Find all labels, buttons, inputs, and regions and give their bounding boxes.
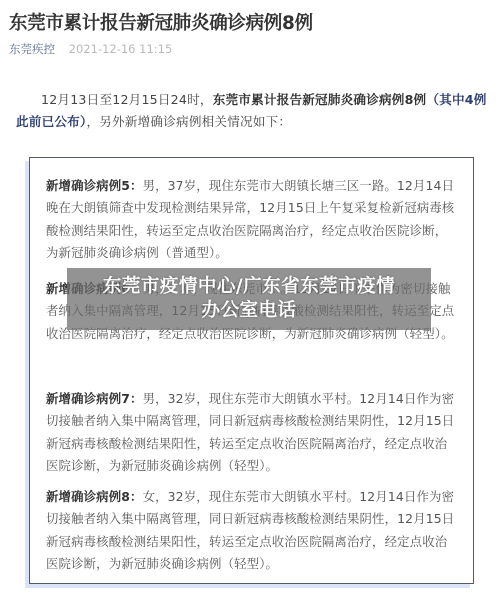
case-label: 新增确诊病例8： xyxy=(46,489,143,504)
case-item: 新增确诊病例5：男，37岁，现住东莞市大朗镇长塘三区一路。12月14日晚在大朗镇… xyxy=(46,175,456,265)
intro-paragraph: 12月13日至12月15日24时，东莞市累计报告新冠肺炎确诊病例8例（其中4例此… xyxy=(16,89,492,133)
case-label: 新增确诊病例7： xyxy=(46,391,143,406)
case-item: 新增确诊病例7：男，32岁，现住东莞市大朗镇水平村。12月14日作为密切接触者纳… xyxy=(46,388,456,478)
intro-tail: ，另外新增确诊病例相关情况如下： xyxy=(86,114,291,129)
intro-strong: 东莞市累计报告新冠肺炎确诊病例8例 xyxy=(213,92,427,107)
caption-overlay: 东莞市疫情中心/广东省东莞市疫情办公室电话 xyxy=(67,268,431,330)
intro-lead: 12月13日至12月15日24时， xyxy=(41,92,213,107)
author-link[interactable]: 东莞疾控 xyxy=(9,42,55,56)
article-page: 东莞市累计报告新冠肺炎确诊病例8例 东莞疾控 2021-12-16 11:15 … xyxy=(0,0,500,599)
caption-text: 东莞市疫情中心/广东省东莞市疫情办公室电话 xyxy=(103,275,395,323)
article-title: 东莞市累计报告新冠肺炎确诊病例8例 xyxy=(9,12,313,36)
caption-line-2: 办公室电话 xyxy=(201,300,296,321)
publish-date: 2021-12-16 11:15 xyxy=(69,42,173,56)
case-item: 新增确诊病例8：女，32岁，现住东莞市大朗镇水平村。12月14日作为密切接触者纳… xyxy=(46,486,456,576)
case-details-box: 新增确诊病例5：男，37岁，现住东莞市大朗镇长塘三区一路。12月14日晚在大朗镇… xyxy=(29,157,474,584)
caption-line-1: 东莞市疫情中心/广东省东莞市疫情 xyxy=(103,276,395,297)
article-meta: 东莞疾控 2021-12-16 11:15 xyxy=(9,41,172,57)
case-label: 新增确诊病例5： xyxy=(46,178,143,193)
